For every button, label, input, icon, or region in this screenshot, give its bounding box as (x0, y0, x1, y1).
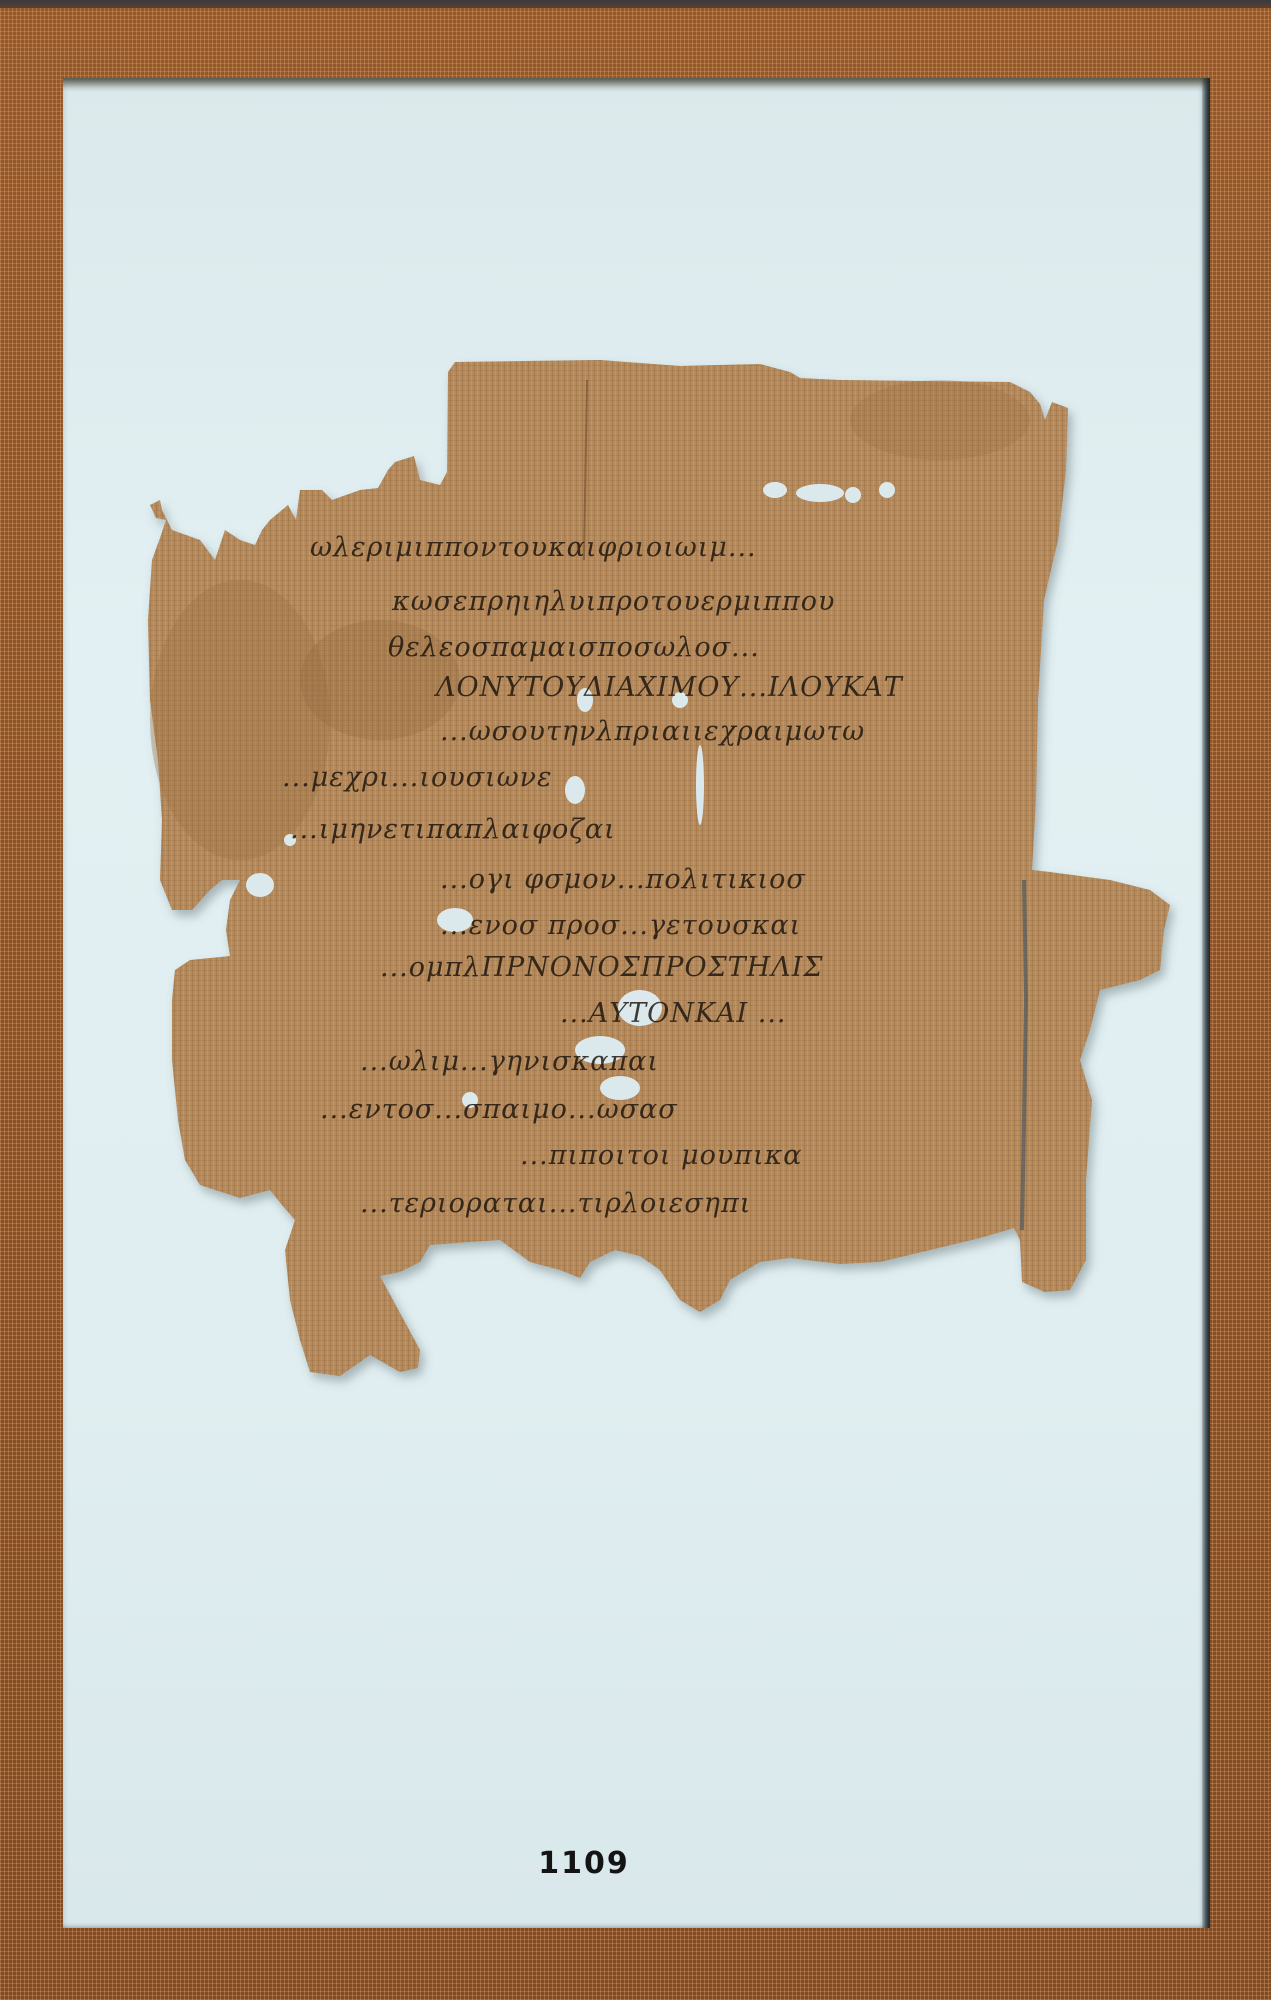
papyrus-body (148, 360, 1170, 1376)
papyrus-fragment (0, 0, 1271, 2000)
inventory-number-label: 1109 (534, 1846, 634, 1881)
